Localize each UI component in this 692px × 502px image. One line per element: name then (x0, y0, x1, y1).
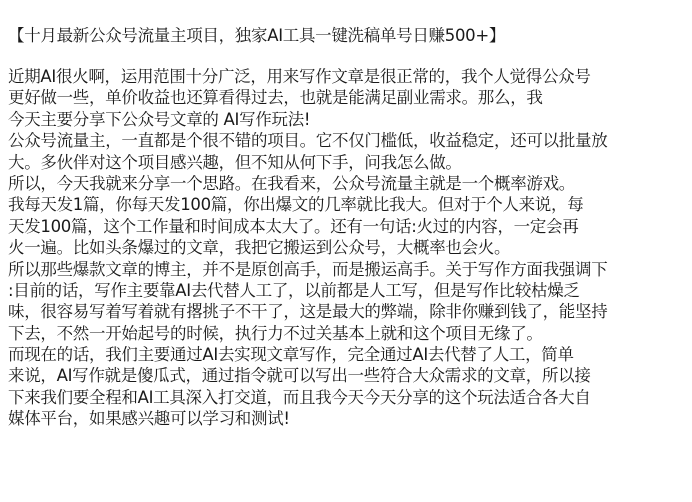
body-line: 下来我们要全程和AI工具深入打交道，而且我今天今天分享的这个玩法适合各大自 (8, 387, 607, 408)
body-line: 大。多伙伴对这个项目感兴趣，但不知从何下手，问我怎么做。 (8, 152, 607, 173)
body-line: 今天主要分享下公众号文章的 AI写作玩法! (8, 109, 607, 130)
body-line: 近期AI很火啊，运用范围十分广泛，用来写作文章是很正常的，我个人觉得公众号 (8, 66, 607, 87)
body-line: :目前的话，写作主要靠AI去代替人工了，以前都是人工写，但是写作比较枯燥乏 (8, 280, 607, 301)
body-line: 下去，不然一开始起号的时候，执行力不过关基本上就和这个项目无缘了。 (8, 323, 607, 344)
body-line: 味，很容易写着写着就有撂挑子不干了，这是最大的弊端，除非你赚到钱了，能坚持 (8, 301, 607, 322)
body-line: 更好做一些，单价收益也还算看得过去，也就是能满足副业需求。那么，我 (8, 87, 607, 108)
body-line: 媒体平台，如果感兴趣可以学习和测试! (8, 408, 607, 429)
document-title: 【十月最新公众号流量主项目，独家AI工具一键洗稿单号日赚500+】 (8, 26, 505, 46)
body-line: 我每天发1篇，你每天发100篇，你出爆文的几率就比我大。但对于个人来说，每 (8, 194, 607, 215)
body-line: 公众号流量主，一直都是个很不错的项目。它不仅门槛低，收益稳定，还可以批量放 (8, 130, 607, 151)
body-line: 而现在的话，我们主要通过AI去实现文章写作，完全通过AI去代替了人工，简单 (8, 344, 607, 365)
body-line: 火一遍。比如头条爆过的文章，我把它搬运到公众号，大概率也会火。 (8, 237, 607, 258)
document-body: 近期AI很火啊，运用范围十分广泛，用来写作文章是很正常的，我个人觉得公众号 更好… (8, 66, 607, 430)
body-line: 天发100篇，这个工作量和时间成本太大了。还有一句话:火过的内容，一定会再 (8, 216, 607, 237)
body-line: 来说，AI写作就是傻瓜式，通过指令就可以写出一些符合大众需求的文章，所以接 (8, 365, 607, 386)
body-line: 所以那些爆款文章的博主，并不是原创高手，而是搬运高手。关于写作方面我强调下 (8, 259, 607, 280)
body-line: 所以，今天我就来分享一个思路。在我看来，公众号流量主就是一个概率游戏。 (8, 173, 607, 194)
